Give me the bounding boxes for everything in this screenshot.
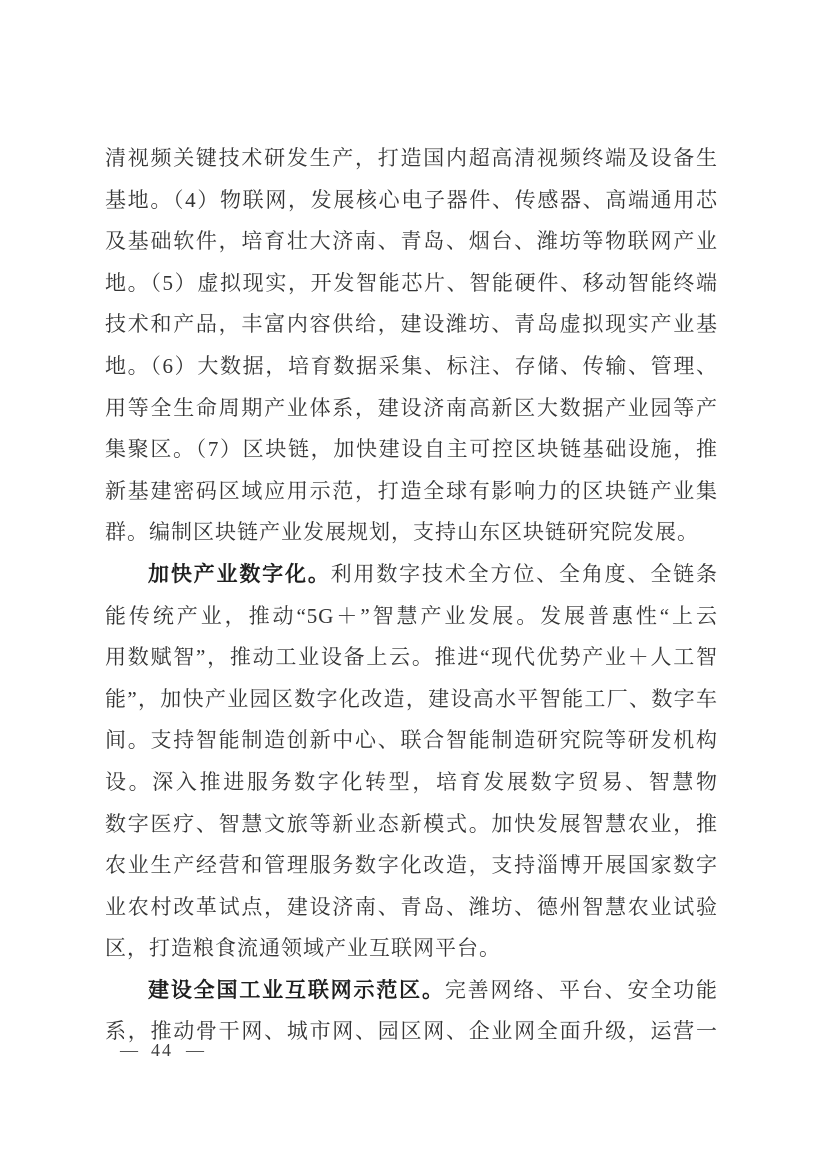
- document-page: 清视频关键技术研发生产，打造国内超高清视频终端及设备生产 基地。（4）物联网，发…: [0, 0, 827, 1169]
- text-line: 及基础软件，培育壮大济南、青岛、烟台、潍坊等物联网产业基: [105, 221, 718, 263]
- text-line: 清视频关键技术研发生产，打造国内超高清视频终端及设备生产: [105, 138, 718, 180]
- document-body: 清视频关键技术研发生产，打造国内超高清视频终端及设备生产 基地。（4）物联网，发…: [105, 138, 718, 1053]
- text-line: 集聚区。（7）区块链，加快建设自主可控区块链基础设施，推进: [105, 429, 718, 471]
- text-line: 建设全国工业互联网示范区。完善网络、平台、安全功能体: [105, 970, 718, 1012]
- text-line: 能”，加快产业园区数字化改造，建设高水平智能工厂、数字车: [105, 679, 718, 721]
- text-line: 能传统产业，推动“5G＋”智慧产业发展。发展普惠性“上云: [105, 596, 718, 638]
- text-line: 群。编制区块链产业发展规划，支持山东区块链研究院发展。: [105, 512, 718, 554]
- paragraph-lead: 建设全国工业互联网示范区。: [148, 979, 445, 1002]
- text-line: 业农村改革试点，建设济南、青岛、潍坊、德州智慧农业试验: [105, 887, 718, 929]
- text-line: 数字医疗、智慧文旅等新业态新模式。加快发展智慧农业，推进: [105, 804, 718, 846]
- text-line: 技术和产品，丰富内容供给，建设潍坊、青岛虚拟现实产业基: [105, 304, 718, 346]
- page-footer: — 44 —: [120, 1040, 204, 1061]
- footer-dash-right: —: [186, 1040, 204, 1061]
- text-line: 加快产业数字化。利用数字技术全方位、全角度、全链条赋: [105, 554, 718, 596]
- text-line: 农业生产经营和管理服务数字化改造，支持淄博开展国家数字农: [105, 845, 718, 887]
- footer-dash-left: —: [120, 1040, 138, 1061]
- text-line: 地。（5）虚拟现实，开发智能芯片、智能硬件、移动智能终端等: [105, 263, 718, 305]
- page-number: 44: [151, 1040, 173, 1061]
- text-line: 用等全生命周期产业体系，建设济南高新区大数据产业园等产业: [105, 388, 718, 430]
- text-line: 基地。（4）物联网，发展核心电子器件、传感器、高端通用芯片: [105, 180, 718, 222]
- text-line: 新基建密码区域应用示范，打造全球有影响力的区块链产业集: [105, 471, 718, 513]
- text-line: 区，打造粮食流通领域产业互联网平台。: [105, 928, 718, 970]
- paragraph-lead: 加快产业数字化。: [148, 563, 331, 586]
- text-line: 用数赋智”，推动工业设备上云。推进“现代优势产业＋人工智: [105, 637, 718, 679]
- text-line: 间。支持智能制造创新中心、联合智能制造研究院等研发机构建: [105, 720, 718, 762]
- text-line: 地。（6）大数据，培育数据采集、标注、存储、传输、管理、应: [105, 346, 718, 388]
- text-line: 设。深入推进服务数字化转型，培育发展数字贸易、智慧物流、: [105, 762, 718, 804]
